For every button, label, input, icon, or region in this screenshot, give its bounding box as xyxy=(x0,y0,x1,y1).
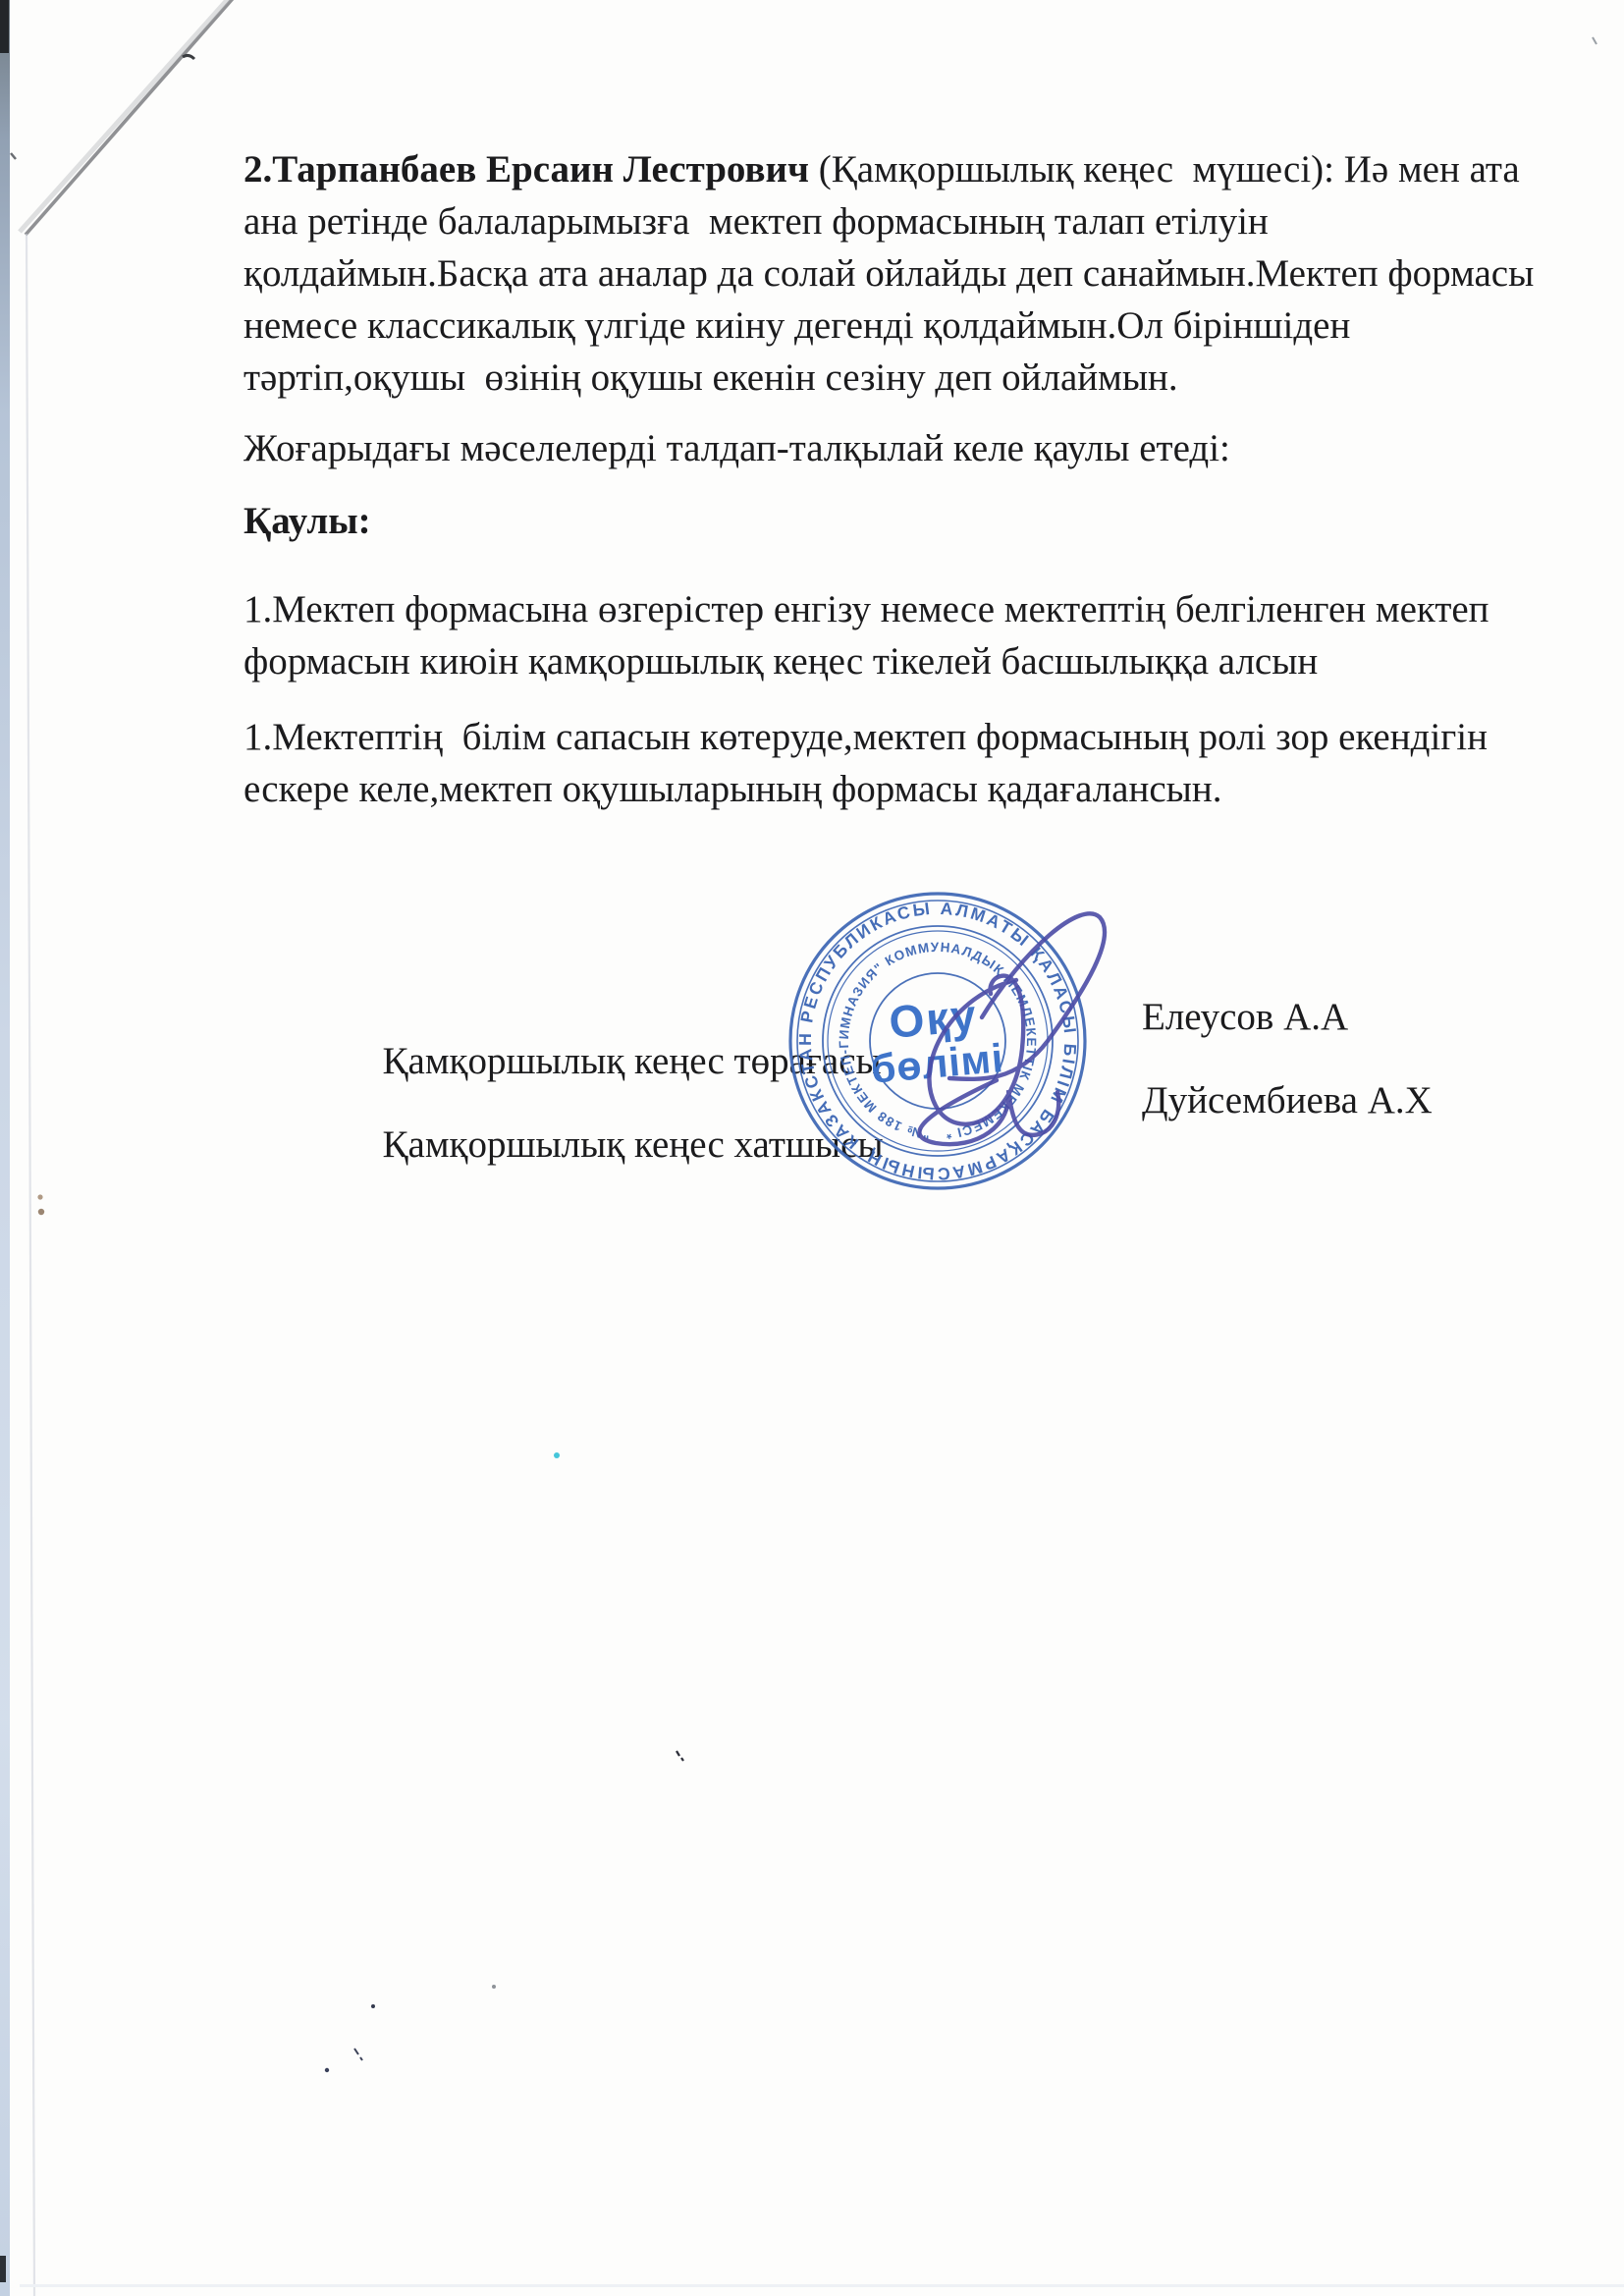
speaker-statement-paragraph: 2.Тарпанбаев Ерсаин Лестрович (Қамқоршыл… xyxy=(244,143,1579,404)
signature-stroke-tail xyxy=(919,1080,1058,1144)
official-stamp: КАЗАКСТАН РЕСПУБЛИКАСЫ АЛМАТЫ ҚАЛАСЫ БІЛ… xyxy=(781,843,1130,1200)
dust-speck xyxy=(492,1985,496,1989)
resolution-heading: Қаулы: xyxy=(244,495,1579,547)
statement-line-4: немесе классикалық үлгіде киіну дегенді … xyxy=(244,300,1579,352)
speaker-name: 2.Тарпанбаев Ерсаин Лестрович xyxy=(244,148,809,191)
chairman-name: Елеусов А.А xyxy=(1142,995,1348,1039)
scan-edge-shadow xyxy=(0,0,10,2296)
crease-line xyxy=(27,234,34,2296)
resolution-item-2-line-1: 1.Мектептің білім сапасын көтеруде,мекте… xyxy=(244,711,1579,763)
resolution-item-1-line-1: 1.Мектеп формасына өзгерістер енгізу нем… xyxy=(244,583,1579,635)
scanned-document-page: { "page": { "background_color": "#fdfdfc… xyxy=(0,0,1624,2296)
dust-speck xyxy=(1593,37,1597,44)
resolution-item-2: 1.Мектептің білім сапасын көтеруде,мекте… xyxy=(244,711,1579,815)
dust-speck xyxy=(38,1209,44,1215)
preamble-paragraph: Жоғарыдағы мәселелерді талдап-талқылай к… xyxy=(244,422,1579,474)
scan-bottom-mark xyxy=(0,2256,6,2282)
preamble-text: Жоғарыдағы мәселелерді талдап-талқылай к… xyxy=(244,422,1579,474)
scan-corner-mark xyxy=(0,0,9,53)
fold-line xyxy=(26,0,237,235)
dust-speck xyxy=(37,1194,42,1199)
fold-line-shadow xyxy=(20,0,229,232)
dust-speck xyxy=(183,55,194,59)
secretary-name: Дуйсембиева А.Х xyxy=(1142,1078,1433,1122)
statement-line-2: ана ретінде балаларымызға мектеп формасы… xyxy=(244,195,1579,247)
statement-line-1-rest: (Қамқоршылық кеңес мүшесі): Иә мен ата xyxy=(809,148,1520,191)
resolution-item-2-line-2: ескере келе,мектеп оқушыларының формасы … xyxy=(244,763,1579,815)
dust-speck xyxy=(371,2004,375,2008)
dust-speck xyxy=(677,1751,683,1761)
statement-line-1: 2.Тарпанбаев Ерсаин Лестрович (Қамқоршыл… xyxy=(244,143,1579,195)
resolution-item-1: 1.Мектеп формасына өзгерістер енгізу нем… xyxy=(244,583,1579,687)
dust-speck xyxy=(354,2049,362,2060)
stamp-center-text: Оқу бөлімі xyxy=(865,987,1005,1091)
resolution-heading-text: Қаулы: xyxy=(244,495,1579,547)
resolution-item-1-line-2: формасын киюін қамқоршылық кеңес тікелей… xyxy=(244,635,1579,687)
statement-line-5: тәртіп,оқушы өзінің оқушы екенін сезіну … xyxy=(244,352,1579,404)
dust-speck xyxy=(325,2068,329,2072)
statement-line-3: қолдаймын.Басқа ата аналар да солай ойла… xyxy=(244,247,1579,300)
dust-speck xyxy=(554,1452,560,1458)
dust-speck xyxy=(11,153,16,159)
scan-bottom-line xyxy=(20,2284,1624,2287)
